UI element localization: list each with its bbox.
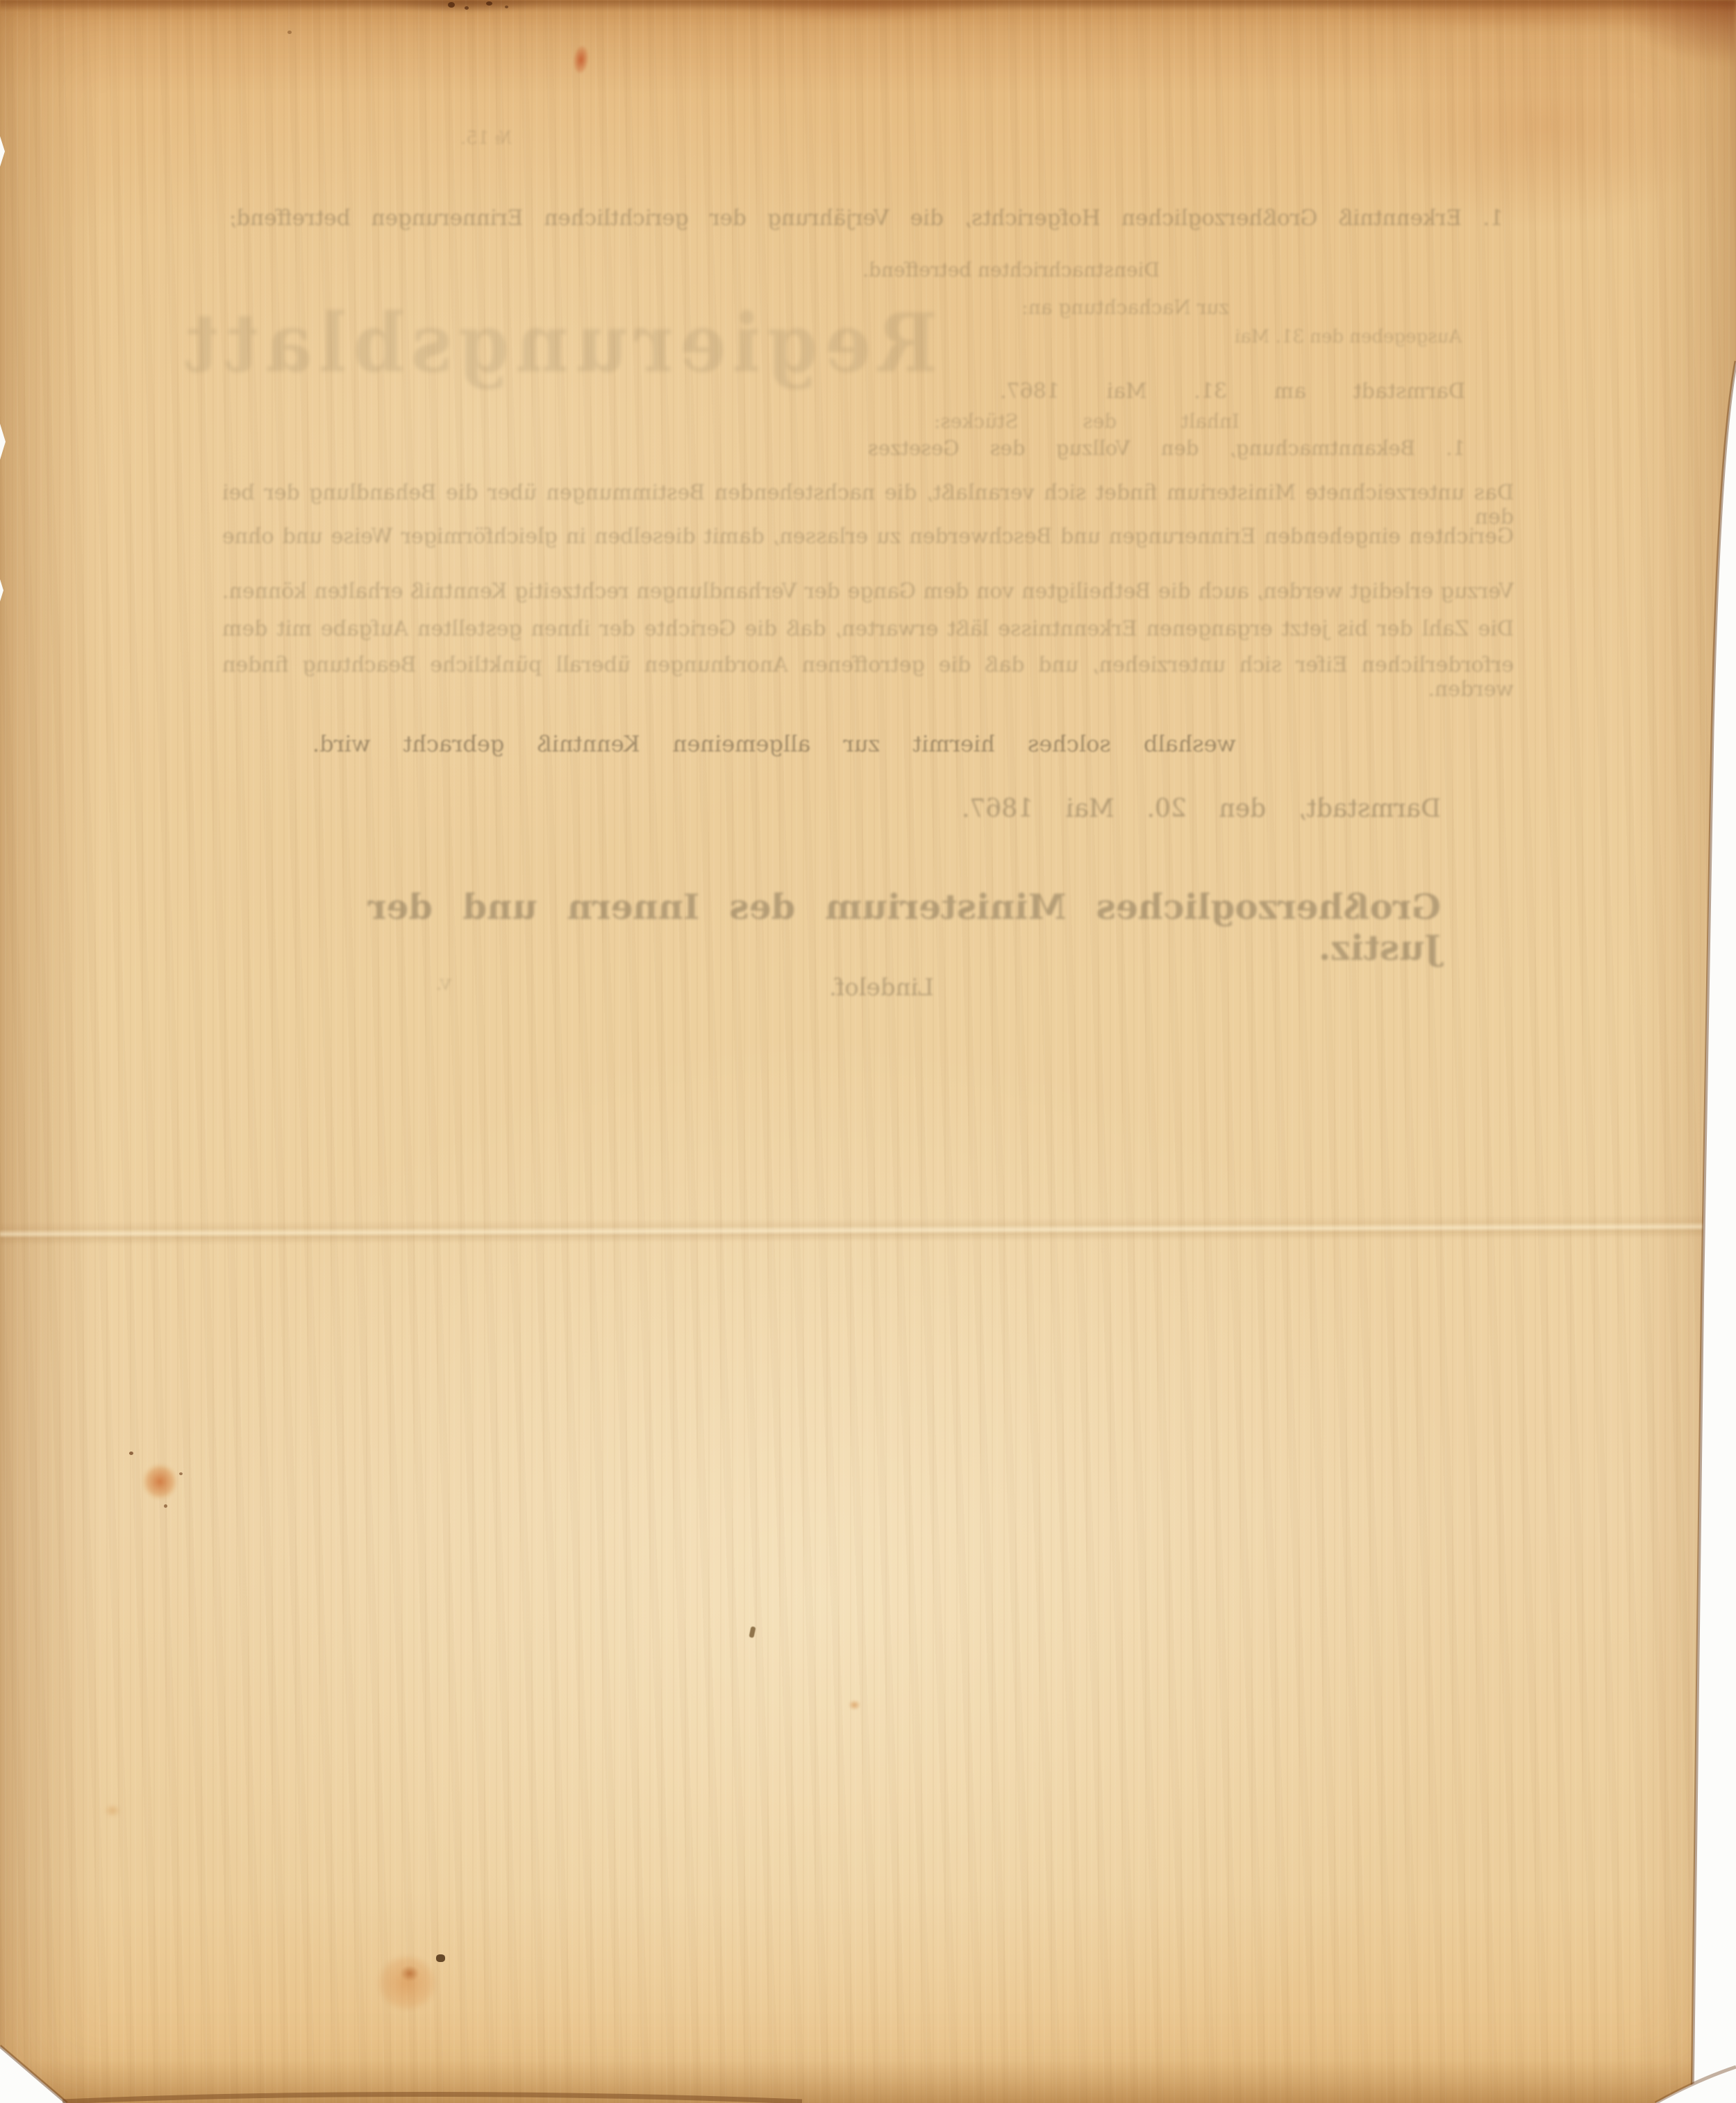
paper-speck <box>287 31 292 34</box>
bleedthrough-contents-entry: 1. Bekanntmachung, den Vollzug des Geset… <box>868 436 1465 460</box>
bleedthrough-signature-prefix: v. <box>389 971 451 995</box>
left-edge-nick <box>0 136 5 167</box>
ink-fleck <box>749 1626 756 1638</box>
bleedthrough-issue-line: Ausgegeben den 31. Mai <box>1201 326 1462 347</box>
bleedthrough-signature: Lindelof. <box>814 974 949 1001</box>
dark-speck <box>436 1954 445 1962</box>
edge-speck <box>505 6 508 8</box>
bleedthrough-closing-line: weshalb solches hiermit zur allgemeinen … <box>312 731 1236 757</box>
bleedthrough-body-line: Die Zahl der bis jetzt ergangenen Erkenn… <box>222 617 1514 641</box>
foxing-speck <box>129 1452 133 1455</box>
bottom-edge-shadow <box>0 2060 1736 2103</box>
bleedthrough-date-line: Darmstadt, den 20. Mai 1867. <box>962 795 1441 823</box>
bleedthrough-body-line: Verzug erledigt werden, auch die Betheil… <box>222 579 1514 604</box>
bleedthrough-masthead-title: Regierungsblatt <box>208 295 937 391</box>
edge-speck <box>448 2 455 8</box>
bleedthrough-body-line: Gerichten eingehenden Erinnerungen und B… <box>222 524 1514 549</box>
bottom-foxing-stain <box>369 1947 444 2018</box>
foxing-speck <box>164 1504 167 1508</box>
left-margin-foxing-stain <box>135 1456 181 1503</box>
bleedthrough-place-line: Darmstadt am 31. Mai 1867. <box>1000 379 1465 404</box>
foxing-dot <box>847 1699 862 1711</box>
left-edge-nick <box>0 424 6 460</box>
bleedthrough-contents-label: Inhalt des Stückes: <box>934 410 1240 433</box>
horizontal-fold-crease <box>0 1215 1736 1246</box>
bleedthrough-body-line: erforderlichen Eifer sich unterziehen, u… <box>222 653 1514 701</box>
top-edge-shadow <box>0 0 1736 11</box>
bleedthrough-body-line: Das unterzeichnete Ministerium findet si… <box>222 481 1514 529</box>
bleedthrough-ministry-heading: Großherzogliches Ministerium des Innern … <box>368 886 1441 968</box>
bleedthrough-index-line-2: Dienstnachrichten betreffend. <box>826 258 1160 281</box>
edge-speck <box>486 1 492 6</box>
rust-streak-stain <box>569 45 592 83</box>
paper-texture <box>0 0 1736 2103</box>
foxing-speck <box>179 1472 183 1475</box>
bleedthrough-notice-line: zur Nachachtung an: <box>1000 296 1229 319</box>
bottom-foxing-stain-core <box>399 1964 421 1983</box>
edge-speck <box>465 6 469 10</box>
top-right-corner-stain <box>1583 0 1736 90</box>
bleedthrough-page-number: № 15. <box>453 128 519 149</box>
scan-edge-overlay <box>0 0 1736 2103</box>
left-edge-nick <box>0 579 3 601</box>
scanned-paper-page: № 15. 1. Erkenntniß Großherzoglichen Hof… <box>0 0 1736 2103</box>
faint-foxing-dot <box>103 1803 122 1818</box>
bleedthrough-index-line-1: 1. Erkenntniß Großherzoglichen Hofgerich… <box>229 206 1503 231</box>
